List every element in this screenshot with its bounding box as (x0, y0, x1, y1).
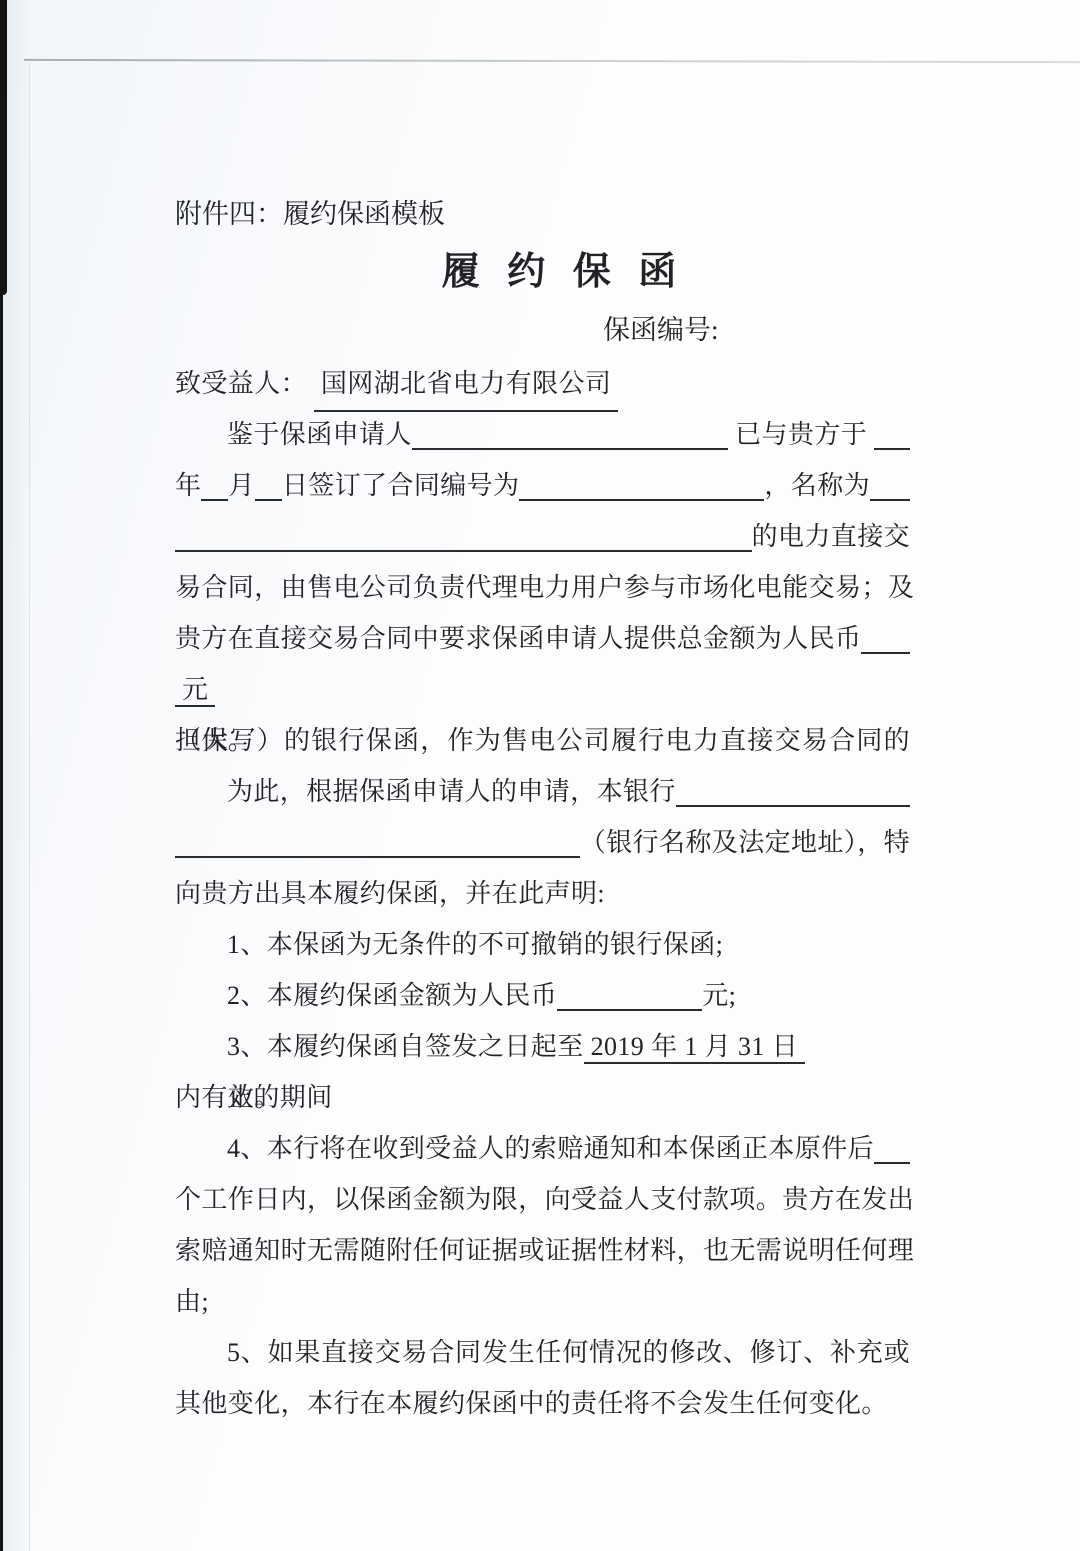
issuer-line-3: 向贵方出具本履约保函，并在此声明: (175, 868, 910, 919)
text-segment: 已与贵方于 (728, 409, 874, 460)
paper-top-edge-line (24, 59, 1080, 63)
underlined-text: 元 (175, 675, 215, 707)
whereas-line-5: 贵方在直接交易合同中要求保函申请人提供总金额为人民币 (175, 613, 910, 664)
attachment-label: 附件四：履约保函模板 (175, 188, 910, 240)
issuer-line-1: 为此，根据保函申请人的申请，本银行 (175, 766, 910, 817)
text-segment: 担保。 (175, 726, 254, 755)
beneficiary-line: 致受益人： 国网湖北省电力有限公司 (175, 358, 910, 409)
blank-underline (557, 1009, 702, 1011)
blank-underline (676, 805, 910, 807)
blank-underline (412, 448, 728, 450)
text-segment: 月 (228, 460, 254, 511)
blank-underline (201, 499, 228, 501)
text-segment: ，名称为 (764, 460, 870, 511)
blank-underline (519, 499, 764, 501)
paper-left-crease (29, 62, 30, 1551)
text-segment: 索赔通知时无需随附任何证据或证据性材料，也无需说明任何理 (175, 1236, 914, 1265)
text-segment: 的电力直接交 (752, 511, 910, 562)
text-segment: 鉴于保函申请人 (227, 409, 412, 460)
underlined-text: 国网湖北省电力有限公司 (314, 358, 618, 412)
text-segment: 贵方在直接交易合同中要求保函申请人提供总金额为人民币 (175, 613, 861, 664)
blank-underline (255, 499, 282, 501)
text-segment: 年 (175, 460, 201, 511)
blank-underline (175, 550, 752, 552)
clause-2: 2、本履约保函金额为人民币元; (175, 970, 910, 1021)
text-segment: 其他变化，本行在本履约保函中的责任将不会发生任何变化。 (175, 1389, 888, 1418)
issuer-line-2: （银行名称及法定地址），特 (175, 817, 910, 868)
blank-underline (861, 652, 910, 654)
text-segment: 日签订了合同编号为 (282, 460, 520, 511)
text-segment: 致受益人： (175, 358, 314, 409)
text-segment: 内有效。 (175, 1083, 281, 1112)
text-segment: 1、本保函为无条件的不可撤销的银行保函; (227, 930, 723, 959)
scanner-edge-strip-top (0, 0, 7, 295)
blank-underline (874, 448, 910, 450)
whereas-line-2: 年月日签订了合同编号为，名称为 (175, 460, 910, 511)
blank-underline (874, 1162, 910, 1164)
clause-5-line-2: 其他变化，本行在本履约保函中的责任将不会发生任何变化。 (175, 1378, 910, 1429)
clause-4-line-4: 由; (175, 1276, 910, 1327)
clause-4-line-3: 索赔通知时无需随附任何证据或证据性材料，也无需说明任何理 (175, 1225, 910, 1276)
whereas-line-4: 易合同，由售电公司负责代理电力用户参与市场化电能交易；及 (175, 562, 910, 613)
text-segment: 个工作日内，以保函金额为限，向受益人支付款项。贵方在发出 (175, 1185, 914, 1214)
underlined-text: 2019 年 1 月 31 日 (584, 1032, 806, 1064)
text-segment: 4、本行将在收到受益人的索赔通知和本保函正本原件后 (227, 1123, 874, 1174)
guarantee-number-label: 保函编号: (175, 304, 910, 357)
text-segment: 易合同，由售电公司负责代理电力用户参与市场化电能交易；及 (175, 573, 914, 602)
text-segment: 5、如果直接交易合同发生任何情况的修改、修订、补充或 (227, 1338, 910, 1367)
text-segment: 向贵方出具本履约保函，并在此声明: (175, 879, 605, 908)
text-segment: 由; (175, 1287, 209, 1316)
clause-1: 1、本保函为无条件的不可撤销的银行保函; (175, 919, 910, 970)
clause-4-line-1: 4、本行将在收到受益人的索赔通知和本保函正本原件后 (175, 1123, 910, 1174)
document-content: 附件四：履约保函模板 履 约 保 函 保函编号: 致受益人： 国网湖北省电力有限… (175, 188, 910, 1429)
clause-5-line-1: 5、如果直接交易合同发生任何情况的修改、修订、补充或 (175, 1327, 910, 1378)
text-segment: 元; (702, 970, 736, 1021)
text-segment: 2、本履约保函金额为人民币 (227, 970, 557, 1021)
blank-underline (175, 856, 580, 858)
text-segment: 为此，根据保函申请人的申请，本银行 (227, 766, 676, 817)
text-segment: （大写）的银行保函，作为售电公司履行电力直接交易合同的 (175, 726, 910, 755)
document-lines: 致受益人： 国网湖北省电力有限公司鉴于保函申请人 已与贵方于 年月日签订了合同编… (175, 358, 910, 1429)
whereas-line-1: 鉴于保函申请人 已与贵方于 (175, 409, 910, 460)
whereas-line-6: 元（大写）的银行保函，作为售电公司履行电力直接交易合同的 (175, 664, 910, 715)
document-title: 履 约 保 函 (217, 240, 910, 304)
clause-4-line-2: 个工作日内，以保函金额为限，向受益人支付款项。贵方在发出 (175, 1174, 910, 1225)
blank-underline (870, 499, 910, 501)
whereas-line-3: 的电力直接交 (175, 511, 910, 562)
text-segment: （银行名称及法定地址），特 (580, 817, 910, 868)
text-segment: 3、本履约保函自签发之日起至 (227, 1032, 584, 1061)
clause-3-line-1: 3、本履约保函自签发之日起至2019 年 1 月 31 日止的期间 (175, 1021, 910, 1072)
